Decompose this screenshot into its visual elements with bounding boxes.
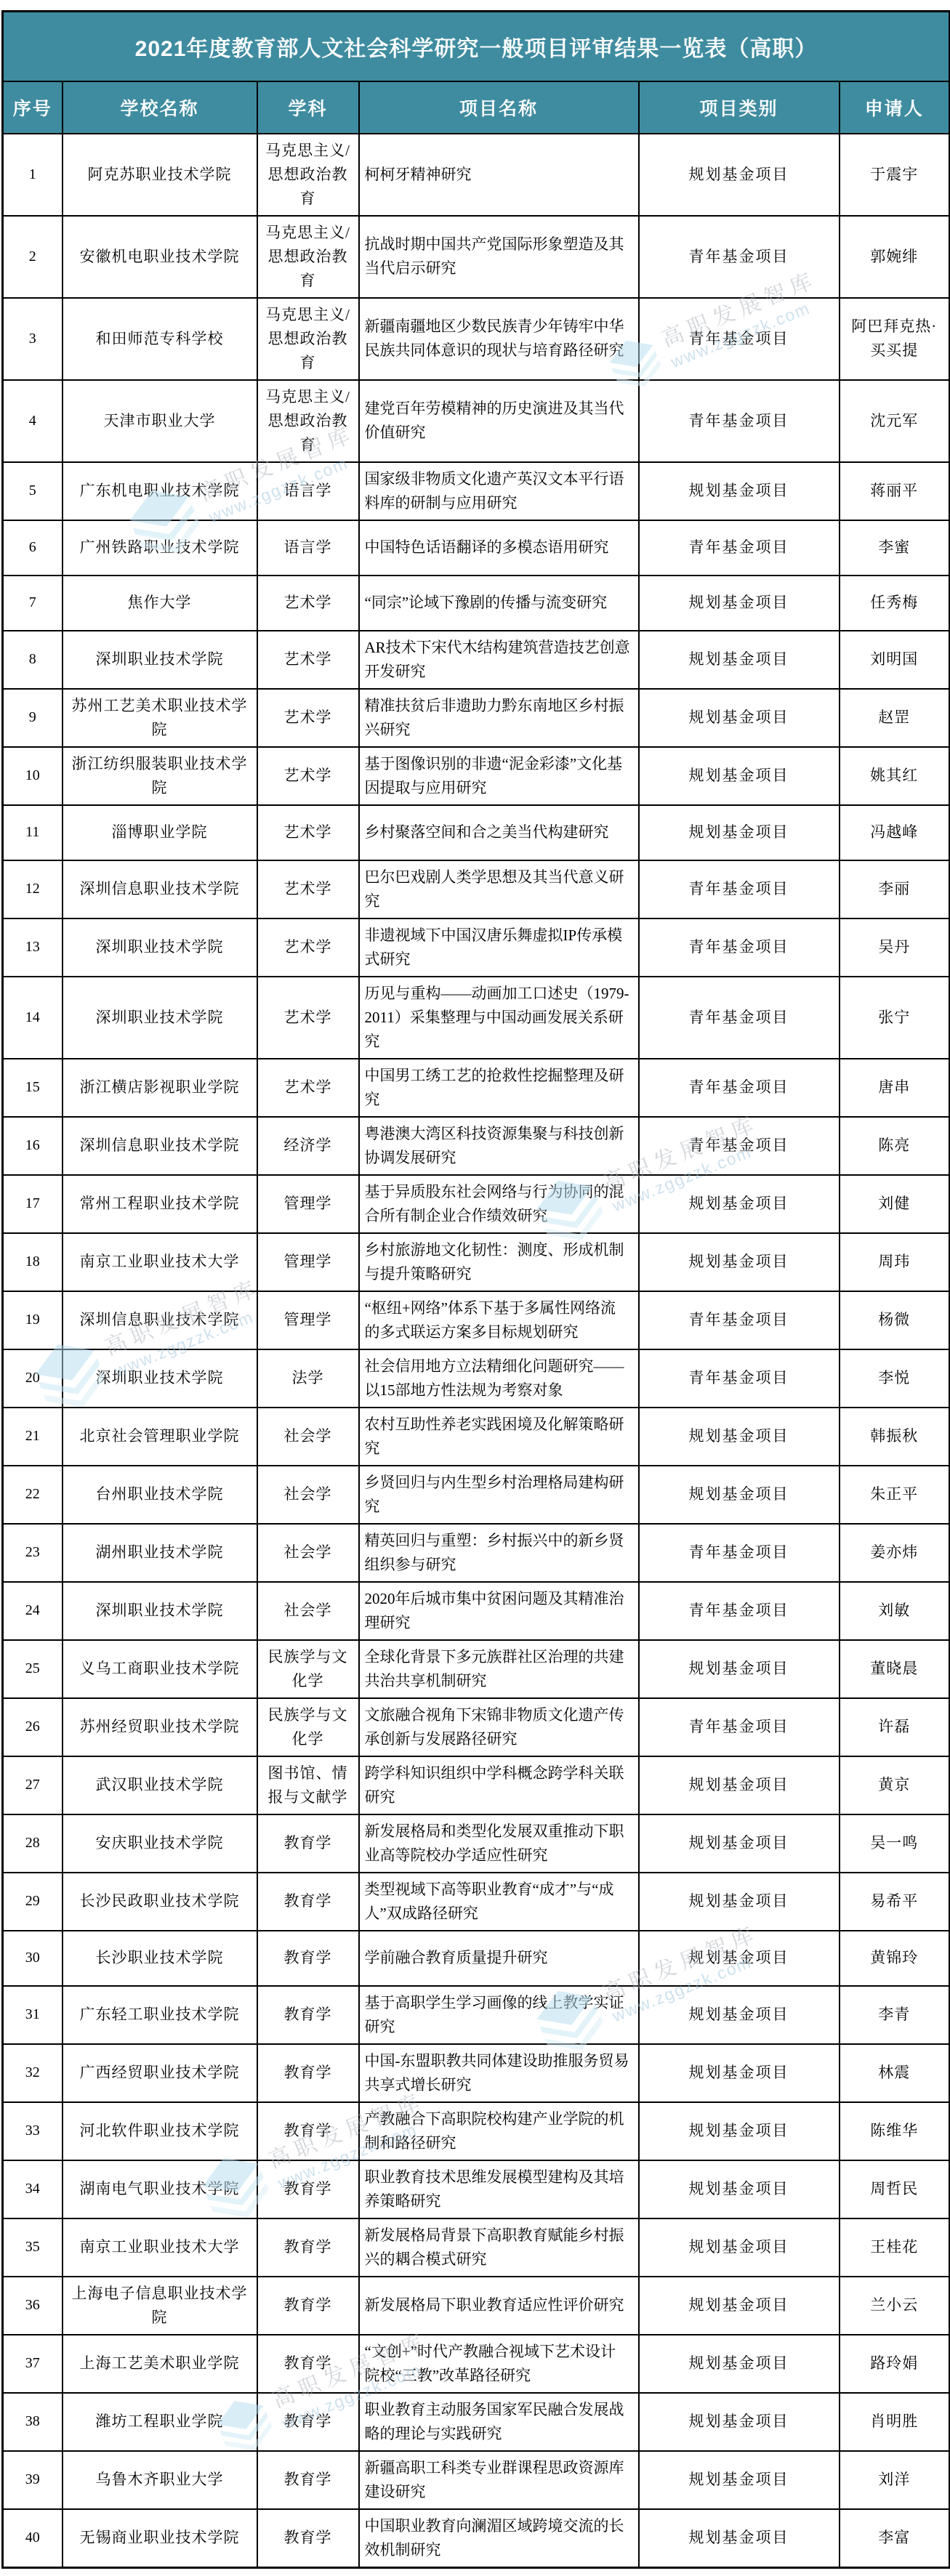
- table-row: 6 广州铁路职业技术学院 语言学 中国特色话语翻译的多模态语用研究 青年基金项目…: [3, 520, 950, 576]
- cell-index: 11: [3, 805, 63, 860]
- cell-category: 规划基金项目: [639, 576, 840, 631]
- cell-applicant: 杨微: [840, 1291, 950, 1349]
- cell-applicant: 刘洋: [840, 2451, 950, 2509]
- cell-subject: 教育学: [257, 2393, 359, 2451]
- cell-project: 巴尔巴戏剧人类学思想及其当代意义研究: [359, 860, 639, 918]
- cell-applicant: 李青: [840, 1986, 950, 2044]
- table-row: 5 广东机电职业技术学院 语言学 国家级非物质文化遗产英汉文本平行语料库的研制与…: [3, 462, 950, 520]
- cell-school: 南京工业职业技术大学: [63, 1233, 257, 1291]
- table-body: 1 阿克苏职业技术学院 马克思主义/思想政治教育 柯柯牙精神研究 规划基金项目 …: [3, 134, 950, 2568]
- cell-project: 乡村聚落空间和合之美当代构建研究: [359, 805, 639, 860]
- cell-index: 40: [3, 2509, 63, 2568]
- cell-category: 规划基金项目: [639, 1756, 840, 1814]
- cell-category: 规划基金项目: [639, 747, 840, 805]
- cell-applicant: 姜亦炜: [840, 1524, 950, 1582]
- column-header-category: 项目类别: [639, 81, 840, 134]
- cell-school: 潍坊工程职业学院: [63, 2393, 257, 2451]
- cell-applicant: 唐串: [840, 1059, 950, 1117]
- cell-school: 广东轻工职业技术学院: [63, 1986, 257, 2044]
- cell-project: 中国特色话语翻译的多模态语用研究: [359, 520, 639, 576]
- cell-index: 22: [3, 1466, 63, 1524]
- cell-project: 精准扶贫后非遗助力黔东南地区乡村振兴研究: [359, 689, 639, 747]
- cell-index: 1: [3, 134, 63, 216]
- cell-category: 规划基金项目: [639, 1873, 840, 1931]
- cell-school: 河北软件职业技术学院: [63, 2102, 257, 2160]
- cell-school: 安徽机电职业技术学院: [63, 216, 257, 298]
- cell-school: 湖南电气职业技术学院: [63, 2160, 257, 2218]
- cell-category: 青年基金项目: [639, 298, 840, 380]
- cell-index: 26: [3, 1698, 63, 1756]
- cell-subject: 教育学: [257, 2160, 359, 2218]
- cell-project: 2020年后城市集中贫困问题及其精准治理研究: [359, 1582, 639, 1640]
- cell-school: 焦作大学: [63, 576, 257, 631]
- cell-applicant: 吴一鸣: [840, 1814, 950, 1873]
- table-row: 31 广东轻工职业技术学院 教育学 基于高职学生学习画像的线上教学实证研究 规划…: [3, 1986, 950, 2044]
- table-row: 7 焦作大学 艺术学 “同宗”论域下豫剧的传播与流变研究 规划基金项目 任秀梅: [3, 576, 950, 631]
- cell-category: 规划基金项目: [639, 689, 840, 747]
- cell-applicant: 黄京: [840, 1756, 950, 1814]
- cell-applicant: 肖明胜: [840, 2393, 950, 2451]
- cell-category: 规划基金项目: [639, 2335, 840, 2393]
- cell-school: 苏州工艺美术职业技术学院: [63, 689, 257, 747]
- cell-school: 义乌工商职业技术学院: [63, 1640, 257, 1698]
- page-title: 2021年度教育部人文社会科学研究一般项目评审结果一览表（高职）: [3, 12, 950, 81]
- table-row: 20 深圳职业技术学院 法学 社会信用地方立法精细化问题研究——以15部地方性法…: [3, 1349, 950, 1408]
- table-row: 19 深圳信息职业技术学院 管理学 “枢纽+网络”体系下基于多属性网络流的多式联…: [3, 1291, 950, 1349]
- cell-index: 3: [3, 298, 63, 380]
- cell-school: 深圳职业技术学院: [63, 631, 257, 689]
- cell-category: 青年基金项目: [639, 1524, 840, 1582]
- cell-subject: 民族学与文化学: [257, 1698, 359, 1756]
- cell-subject: 社会学: [257, 1524, 359, 1582]
- cell-project: 新疆南疆地区少数民族青少年铸牢中华民族共同体意识的现状与培育路径研究: [359, 298, 639, 380]
- table-row: 23 湖州职业技术学院 社会学 精英回归与重塑：乡村振兴中的新乡贤组织参与研究 …: [3, 1524, 950, 1582]
- cell-category: 规划基金项目: [639, 1640, 840, 1698]
- cell-index: 37: [3, 2335, 63, 2393]
- cell-project: 社会信用地方立法精细化问题研究——以15部地方性法规为考察对象: [359, 1349, 639, 1408]
- cell-school: 南京工业职业技术大学: [63, 2218, 257, 2277]
- table-row: 40 无锡商业职业技术学院 教育学 中国职业教育向澜湄区域跨境交流的长效机制研究…: [3, 2509, 950, 2568]
- cell-school: 常州工程职业技术学院: [63, 1175, 257, 1233]
- cell-school: 浙江纺织服装职业技术学院: [63, 747, 257, 805]
- cell-subject: 法学: [257, 1349, 359, 1408]
- cell-subject: 马克思主义/思想政治教育: [257, 380, 359, 462]
- cell-category: 青年基金项目: [639, 1117, 840, 1175]
- cell-applicant: 易希平: [840, 1873, 950, 1931]
- table-row: 3 和田师范专科学校 马克思主义/思想政治教育 新疆南疆地区少数民族青少年铸牢中…: [3, 298, 950, 380]
- cell-project: 学前融合教育质量提升研究: [359, 1931, 639, 1986]
- cell-school: 乌鲁木齐职业大学: [63, 2451, 257, 2509]
- cell-project: 全球化背景下多元族群社区治理的共建共治共享机制研究: [359, 1640, 639, 1698]
- table-row: 16 深圳信息职业技术学院 经济学 粤港澳大湾区科技资源集聚与科技创新协调发展研…: [3, 1117, 950, 1175]
- table-head: 2021年度教育部人文社会科学研究一般项目评审结果一览表（高职） 序号 学校名称…: [3, 12, 950, 134]
- cell-category: 青年基金项目: [639, 918, 840, 977]
- cell-subject: 管理学: [257, 1233, 359, 1291]
- cell-applicant: 朱正平: [840, 1466, 950, 1524]
- cell-school: 深圳信息职业技术学院: [63, 860, 257, 918]
- table-row: 17 常州工程职业技术学院 管理学 基于异质股东社会网络与行为协同的混合所有制企…: [3, 1175, 950, 1233]
- cell-applicant: 周哲民: [840, 2160, 950, 2218]
- cell-index: 33: [3, 2102, 63, 2160]
- cell-project: 职业教育主动服务国家军民融合发展战略的理论与实践研究: [359, 2393, 639, 2451]
- cell-category: 规划基金项目: [639, 631, 840, 689]
- cell-school: 深圳职业技术学院: [63, 977, 257, 1059]
- cell-applicant: 陈亮: [840, 1117, 950, 1175]
- cell-school: 北京社会管理职业学院: [63, 1408, 257, 1466]
- cell-category: 规划基金项目: [639, 2451, 840, 2509]
- cell-subject: 艺术学: [257, 1059, 359, 1117]
- cell-index: 8: [3, 631, 63, 689]
- cell-index: 5: [3, 462, 63, 520]
- table-row: 25 义乌工商职业技术学院 民族学与文化学 全球化背景下多元族群社区治理的共建共…: [3, 1640, 950, 1698]
- cell-project: 新发展格局和类型化发展双重推动下职业高等院校办学适应性研究: [359, 1814, 639, 1873]
- cell-category: 青年基金项目: [639, 1582, 840, 1640]
- cell-category: 规划基金项目: [639, 1466, 840, 1524]
- column-header-project: 项目名称: [359, 81, 639, 134]
- cell-applicant: 刘敏: [840, 1582, 950, 1640]
- cell-school: 长沙职业技术学院: [63, 1931, 257, 1986]
- cell-applicant: 郭婉绯: [840, 216, 950, 298]
- table-row: 29 长沙民政职业技术学院 教育学 类型视域下高等职业教育“成才”与“成人”双成…: [3, 1873, 950, 1931]
- cell-index: 39: [3, 2451, 63, 2509]
- cell-index: 18: [3, 1233, 63, 1291]
- cell-subject: 教育学: [257, 1873, 359, 1931]
- cell-applicant: 吴丹: [840, 918, 950, 977]
- cell-index: 16: [3, 1117, 63, 1175]
- table-row: 8 深圳职业技术学院 艺术学 AR技术下宋代木结构建筑营造技艺创意开发研究 规划…: [3, 631, 950, 689]
- cell-school: 深圳信息职业技术学院: [63, 1117, 257, 1175]
- cell-index: 14: [3, 977, 63, 1059]
- cell-school: 无锡商业职业技术学院: [63, 2509, 257, 2568]
- cell-index: 15: [3, 1059, 63, 1117]
- cell-project: 新发展格局下职业教育适应性评价研究: [359, 2277, 639, 2335]
- cell-category: 规划基金项目: [639, 2102, 840, 2160]
- cell-index: 21: [3, 1408, 63, 1466]
- cell-category: 规划基金项目: [639, 2393, 840, 2451]
- cell-applicant: 李丽: [840, 860, 950, 918]
- cell-school: 上海电子信息职业技术学院: [63, 2277, 257, 2335]
- cell-subject: 社会学: [257, 1582, 359, 1640]
- column-header-applicant: 申请人: [840, 81, 950, 134]
- table-row: 11 淄博职业学院 艺术学 乡村聚落空间和合之美当代构建研究 规划基金项目 冯越…: [3, 805, 950, 860]
- cell-index: 10: [3, 747, 63, 805]
- cell-subject: 艺术学: [257, 805, 359, 860]
- cell-applicant: 李富: [840, 2509, 950, 2568]
- cell-index: 31: [3, 1986, 63, 2044]
- cell-subject: 管理学: [257, 1291, 359, 1349]
- column-header-school: 学校名称: [63, 81, 257, 134]
- cell-subject: 语言学: [257, 462, 359, 520]
- cell-project: AR技术下宋代木结构建筑营造技艺创意开发研究: [359, 631, 639, 689]
- cell-subject: 艺术学: [257, 747, 359, 805]
- cell-category: 规划基金项目: [639, 2044, 840, 2102]
- cell-index: 25: [3, 1640, 63, 1698]
- cell-index: 29: [3, 1873, 63, 1931]
- cell-applicant: 董晓晨: [840, 1640, 950, 1698]
- cell-project: 精英回归与重塑：乡村振兴中的新乡贤组织参与研究: [359, 1524, 639, 1582]
- cell-applicant: 阿巴拜克热·买买提: [840, 298, 950, 380]
- cell-project: 职业教育技术思维发展模型建构及其培养策略研究: [359, 2160, 639, 2218]
- table-row: 13 深圳职业技术学院 艺术学 非遗视域下中国汉唐乐舞虚拟IP传承模式研究 青年…: [3, 918, 950, 977]
- column-header-no: 序号: [3, 81, 63, 134]
- cell-school: 广西经贸职业技术学院: [63, 2044, 257, 2102]
- cell-subject: 社会学: [257, 1408, 359, 1466]
- cell-project: 抗战时期中国共产党国际形象塑造及其当代启示研究: [359, 216, 639, 298]
- table-row: 38 潍坊工程职业学院 教育学 职业教育主动服务国家军民融合发展战略的理论与实践…: [3, 2393, 950, 2451]
- cell-subject: 教育学: [257, 2509, 359, 2568]
- cell-subject: 教育学: [257, 1986, 359, 2044]
- cell-project: 中国职业教育向澜湄区域跨境交流的长效机制研究: [359, 2509, 639, 2568]
- cell-school: 上海工艺美术职业学院: [63, 2335, 257, 2393]
- cell-project: “同宗”论域下豫剧的传播与流变研究: [359, 576, 639, 631]
- cell-project: 中国男工绣工艺的抢救性挖掘整理及研究: [359, 1059, 639, 1117]
- table-row: 18 南京工业职业技术大学 管理学 乡村旅游地文化韧性：测度、形成机制与提升策略…: [3, 1233, 950, 1291]
- table-row: 26 苏州经贸职业技术学院 民族学与文化学 文旅融合视角下宋锦非物质文化遗产传承…: [3, 1698, 950, 1756]
- cell-project: “文创+”时代产教融合视域下艺术设计院校“三教”改革路径研究: [359, 2335, 639, 2393]
- cell-school: 深圳职业技术学院: [63, 1582, 257, 1640]
- cell-category: 规划基金项目: [639, 1233, 840, 1291]
- cell-index: 7: [3, 576, 63, 631]
- cell-subject: 马克思主义/思想政治教育: [257, 216, 359, 298]
- cell-subject: 艺术学: [257, 576, 359, 631]
- cell-index: 19: [3, 1291, 63, 1349]
- cell-project: 新疆高职工科类专业群课程思政资源库建设研究: [359, 2451, 639, 2509]
- cell-project: 粤港澳大湾区科技资源集聚与科技创新协调发展研究: [359, 1117, 639, 1175]
- cell-subject: 马克思主义/思想政治教育: [257, 134, 359, 216]
- cell-applicant: 李蜜: [840, 520, 950, 576]
- cell-applicant: 任秀梅: [840, 576, 950, 631]
- cell-index: 27: [3, 1756, 63, 1814]
- cell-subject: 教育学: [257, 2102, 359, 2160]
- cell-school: 浙江横店影视职业学院: [63, 1059, 257, 1117]
- cell-index: 20: [3, 1349, 63, 1408]
- header-row: 序号 学校名称 学科 项目名称 项目类别 申请人: [3, 81, 950, 134]
- table-row: 27 武汉职业技术学院 图书馆、情报与文献学 跨学科知识组织中学科概念跨学科关联…: [3, 1756, 950, 1814]
- cell-applicant: 姚其红: [840, 747, 950, 805]
- cell-category: 规划基金项目: [639, 2509, 840, 2568]
- cell-applicant: 许磊: [840, 1698, 950, 1756]
- table-row: 4 天津市职业大学 马克思主义/思想政治教育 建党百年劳模精神的历史演进及其当代…: [3, 380, 950, 462]
- cell-school: 台州职业技术学院: [63, 1466, 257, 1524]
- cell-subject: 民族学与文化学: [257, 1640, 359, 1698]
- cell-subject: 艺术学: [257, 860, 359, 918]
- cell-school: 深圳职业技术学院: [63, 918, 257, 977]
- table-row: 34 湖南电气职业技术学院 教育学 职业教育技术思维发展模型建构及其培养策略研究…: [3, 2160, 950, 2218]
- table-row: 35 南京工业职业技术大学 教育学 新发展格局背景下高职教育赋能乡村振兴的耦合模…: [3, 2218, 950, 2277]
- cell-school: 深圳信息职业技术学院: [63, 1291, 257, 1349]
- table-row: 24 深圳职业技术学院 社会学 2020年后城市集中贫困问题及其精准治理研究 青…: [3, 1582, 950, 1640]
- cell-index: 17: [3, 1175, 63, 1233]
- cell-school: 天津市职业大学: [63, 380, 257, 462]
- cell-applicant: 林震: [840, 2044, 950, 2102]
- cell-project: 历见与重构——动画加工口述史（1979-2011）采集整理与中国动画发展关系研究: [359, 977, 639, 1059]
- table-row: 10 浙江纺织服装职业技术学院 艺术学 基于图像识别的非遗“泥金彩漆”文化基因提…: [3, 747, 950, 805]
- cell-project: 基于高职学生学习画像的线上教学实证研究: [359, 1986, 639, 2044]
- cell-index: 34: [3, 2160, 63, 2218]
- cell-index: 6: [3, 520, 63, 576]
- cell-index: 24: [3, 1582, 63, 1640]
- title-row: 2021年度教育部人文社会科学研究一般项目评审结果一览表（高职）: [3, 12, 950, 81]
- cell-applicant: 赵罡: [840, 689, 950, 747]
- cell-school: 苏州经贸职业技术学院: [63, 1698, 257, 1756]
- cell-index: 28: [3, 1814, 63, 1873]
- cell-project: 新发展格局背景下高职教育赋能乡村振兴的耦合模式研究: [359, 2218, 639, 2277]
- cell-applicant: 沈元军: [840, 380, 950, 462]
- cell-applicant: 张宁: [840, 977, 950, 1059]
- cell-index: 12: [3, 860, 63, 918]
- cell-index: 13: [3, 918, 63, 977]
- cell-applicant: 黄锦玲: [840, 1931, 950, 1986]
- cell-applicant: 韩振秋: [840, 1408, 950, 1466]
- table-row: 28 安庆职业技术学院 教育学 新发展格局和类型化发展双重推动下职业高等院校办学…: [3, 1814, 950, 1873]
- cell-category: 青年基金项目: [639, 1349, 840, 1408]
- cell-subject: 管理学: [257, 1175, 359, 1233]
- cell-subject: 教育学: [257, 1814, 359, 1873]
- cell-category: 青年基金项目: [639, 520, 840, 576]
- cell-subject: 教育学: [257, 2218, 359, 2277]
- cell-applicant: 陈维华: [840, 2102, 950, 2160]
- cell-subject: 教育学: [257, 2335, 359, 2393]
- cell-category: 规划基金项目: [639, 2277, 840, 2335]
- cell-category: 青年基金项目: [639, 1698, 840, 1756]
- cell-category: 规划基金项目: [639, 462, 840, 520]
- cell-applicant: 刘健: [840, 1175, 950, 1233]
- cell-project: “枢纽+网络”体系下基于多属性网络流的多式联运方案多目标规划研究: [359, 1291, 639, 1349]
- cell-applicant: 王桂花: [840, 2218, 950, 2277]
- cell-school: 和田师范专科学校: [63, 298, 257, 380]
- table-row: 12 深圳信息职业技术学院 艺术学 巴尔巴戏剧人类学思想及其当代意义研究 青年基…: [3, 860, 950, 918]
- cell-category: 规划基金项目: [639, 2218, 840, 2277]
- cell-category: 青年基金项目: [639, 1291, 840, 1349]
- cell-school: 深圳职业技术学院: [63, 1349, 257, 1408]
- cell-index: 36: [3, 2277, 63, 2335]
- cell-subject: 教育学: [257, 2044, 359, 2102]
- cell-category: 青年基金项目: [639, 1059, 840, 1117]
- cell-subject: 图书馆、情报与文献学: [257, 1756, 359, 1814]
- cell-index: 35: [3, 2218, 63, 2277]
- cell-school: 武汉职业技术学院: [63, 1756, 257, 1814]
- cell-applicant: 蒋丽平: [840, 462, 950, 520]
- cell-school: 广州铁路职业技术学院: [63, 520, 257, 576]
- cell-applicant: 冯越峰: [840, 805, 950, 860]
- cell-project: 柯柯牙精神研究: [359, 134, 639, 216]
- cell-school: 淄博职业学院: [63, 805, 257, 860]
- cell-project: 基于异质股东社会网络与行为协同的混合所有制企业合作绩效研究: [359, 1175, 639, 1233]
- cell-subject: 马克思主义/思想政治教育: [257, 298, 359, 380]
- cell-subject: 教育学: [257, 1931, 359, 1986]
- cell-index: 9: [3, 689, 63, 747]
- cell-school: 阿克苏职业技术学院: [63, 134, 257, 216]
- cell-category: 规划基金项目: [639, 805, 840, 860]
- table-row: 14 深圳职业技术学院 艺术学 历见与重构——动画加工口述史（1979-2011…: [3, 977, 950, 1059]
- cell-school: 湖州职业技术学院: [63, 1524, 257, 1582]
- cell-subject: 艺术学: [257, 689, 359, 747]
- cell-category: 青年基金项目: [639, 977, 840, 1059]
- cell-applicant: 刘明国: [840, 631, 950, 689]
- cell-subject: 艺术学: [257, 918, 359, 977]
- cell-category: 规划基金项目: [639, 1931, 840, 1986]
- cell-category: 规划基金项目: [639, 134, 840, 216]
- table-row: 9 苏州工艺美术职业技术学院 艺术学 精准扶贫后非遗助力黔东南地区乡村振兴研究 …: [3, 689, 950, 747]
- table-row: 39 乌鲁木齐职业大学 教育学 新疆高职工科类专业群课程思政资源库建设研究 规划…: [3, 2451, 950, 2509]
- cell-project: 国家级非物质文化遗产英汉文本平行语料库的研制与应用研究: [359, 462, 639, 520]
- cell-project: 产教融合下高职院校构建产业学院的机制和路径研究: [359, 2102, 639, 2160]
- cell-project: 建党百年劳模精神的历史演进及其当代价值研究: [359, 380, 639, 462]
- cell-project: 非遗视域下中国汉唐乐舞虚拟IP传承模式研究: [359, 918, 639, 977]
- cell-project: 类型视域下高等职业教育“成才”与“成人”双成路径研究: [359, 1873, 639, 1931]
- cell-project: 乡贤回归与内生型乡村治理格局建构研究: [359, 1466, 639, 1524]
- cell-category: 规划基金项目: [639, 1175, 840, 1233]
- page: 2021年度教育部人文社会科学研究一般项目评审结果一览表（高职） 序号 学校名称…: [0, 0, 950, 2576]
- cell-category: 规划基金项目: [639, 2160, 840, 2218]
- cell-project: 中国-东盟职教共同体建设助推服务贸易共享式增长研究: [359, 2044, 639, 2102]
- cell-index: 38: [3, 2393, 63, 2451]
- cell-subject: 经济学: [257, 1117, 359, 1175]
- cell-index: 2: [3, 216, 63, 298]
- cell-applicant: 于震宇: [840, 134, 950, 216]
- table-row: 21 北京社会管理职业学院 社会学 农村互助性养老实践困境及化解策略研究 规划基…: [3, 1408, 950, 1466]
- results-table: 2021年度教育部人文社会科学研究一般项目评审结果一览表（高职） 序号 学校名称…: [1, 10, 950, 2569]
- table-row: 1 阿克苏职业技术学院 马克思主义/思想政治教育 柯柯牙精神研究 规划基金项目 …: [3, 134, 950, 216]
- cell-school: 长沙民政职业技术学院: [63, 1873, 257, 1931]
- cell-applicant: 路玲娟: [840, 2335, 950, 2393]
- cell-category: 青年基金项目: [639, 380, 840, 462]
- cell-index: 23: [3, 1524, 63, 1582]
- table-row: 15 浙江横店影视职业学院 艺术学 中国男工绣工艺的抢救性挖掘整理及研究 青年基…: [3, 1059, 950, 1117]
- cell-project: 乡村旅游地文化韧性：测度、形成机制与提升策略研究: [359, 1233, 639, 1291]
- cell-school: 安庆职业技术学院: [63, 1814, 257, 1873]
- cell-category: 规划基金项目: [639, 1814, 840, 1873]
- cell-category: 青年基金项目: [639, 860, 840, 918]
- cell-subject: 教育学: [257, 2451, 359, 2509]
- cell-subject: 社会学: [257, 1466, 359, 1524]
- table-row: 32 广西经贸职业技术学院 教育学 中国-东盟职教共同体建设助推服务贸易共享式增…: [3, 2044, 950, 2102]
- cell-applicant: 兰小云: [840, 2277, 950, 2335]
- cell-category: 规划基金项目: [639, 1986, 840, 2044]
- cell-category: 规划基金项目: [639, 1408, 840, 1466]
- cell-applicant: 李悦: [840, 1349, 950, 1408]
- table-row: 36 上海电子信息职业技术学院 教育学 新发展格局下职业教育适应性评价研究 规划…: [3, 2277, 950, 2335]
- cell-project: 跨学科知识组织中学科概念跨学科关联研究: [359, 1756, 639, 1814]
- cell-subject: 教育学: [257, 2277, 359, 2335]
- cell-subject: 艺术学: [257, 977, 359, 1059]
- table-row: 22 台州职业技术学院 社会学 乡贤回归与内生型乡村治理格局建构研究 规划基金项…: [3, 1466, 950, 1524]
- table-row: 37 上海工艺美术职业学院 教育学 “文创+”时代产教融合视域下艺术设计院校“三…: [3, 2335, 950, 2393]
- cell-project: 文旅融合视角下宋锦非物质文化遗产传承创新与发展路径研究: [359, 1698, 639, 1756]
- cell-subject: 艺术学: [257, 631, 359, 689]
- column-header-subject: 学科: [257, 81, 359, 134]
- table-row: 33 河北软件职业技术学院 教育学 产教融合下高职院校构建产业学院的机制和路径研…: [3, 2102, 950, 2160]
- cell-applicant: 周玮: [840, 1233, 950, 1291]
- table-row: 2 安徽机电职业技术学院 马克思主义/思想政治教育 抗战时期中国共产党国际形象塑…: [3, 216, 950, 298]
- cell-index: 32: [3, 2044, 63, 2102]
- cell-school: 广东机电职业技术学院: [63, 462, 257, 520]
- cell-project: 基于图像识别的非遗“泥金彩漆”文化基因提取与应用研究: [359, 747, 639, 805]
- cell-index: 30: [3, 1931, 63, 1986]
- table-row: 30 长沙职业技术学院 教育学 学前融合教育质量提升研究 规划基金项目 黄锦玲: [3, 1931, 950, 1986]
- cell-subject: 语言学: [257, 520, 359, 576]
- cell-project: 农村互助性养老实践困境及化解策略研究: [359, 1408, 639, 1466]
- cell-index: 4: [3, 380, 63, 462]
- cell-category: 青年基金项目: [639, 216, 840, 298]
